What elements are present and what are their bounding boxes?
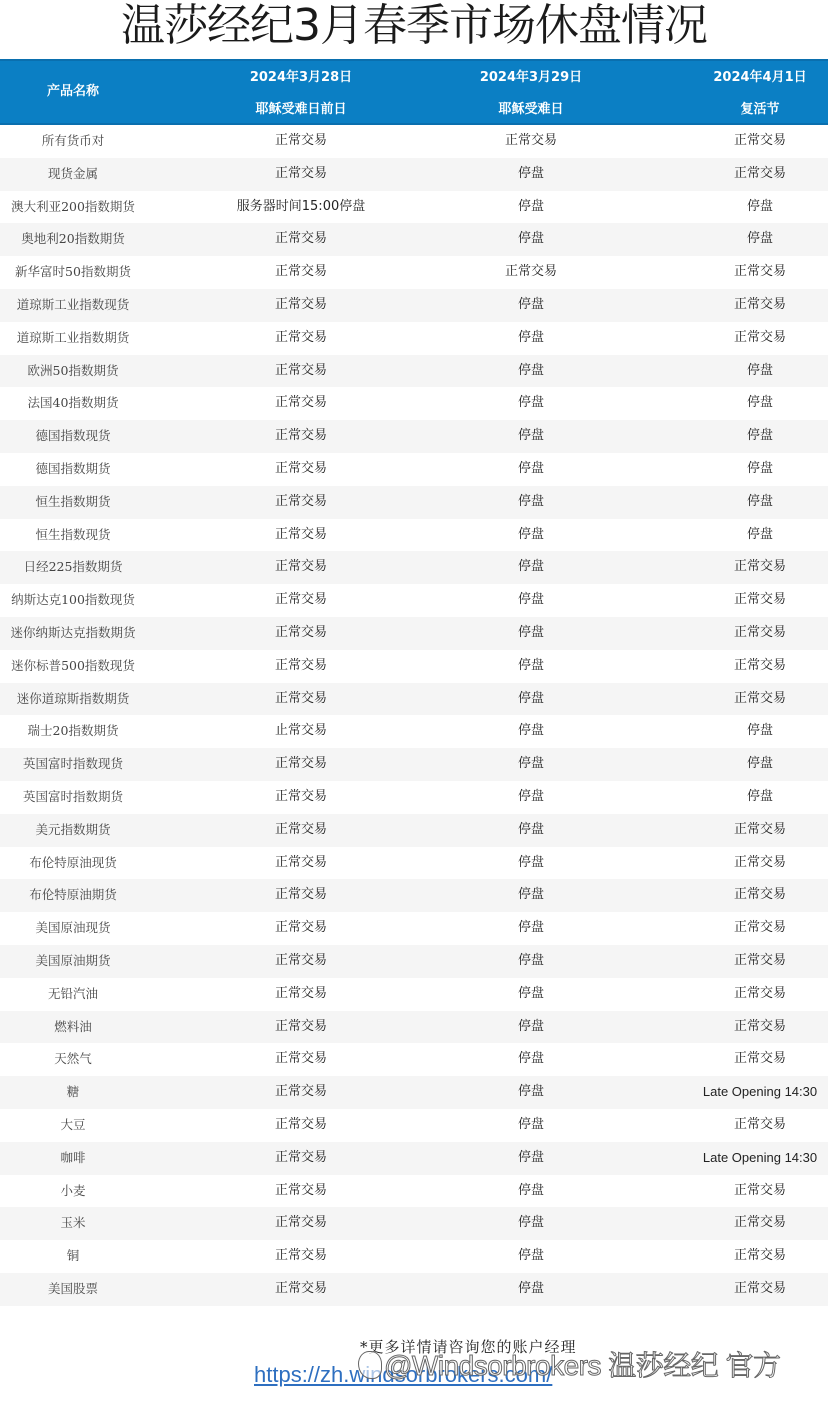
status-apr1: 正常交易 [692,256,828,289]
status-mar28: 正常交易 [176,1273,426,1306]
status-mar29: 停盘 [406,355,656,388]
status-mar29: 停盘 [406,1175,656,1208]
status-apr1: 正常交易 [692,1043,828,1076]
status-apr1: 停盘 [692,453,828,486]
status-mar29: 停盘 [406,1240,656,1273]
status-mar28: 正常交易 [176,1240,426,1273]
table-row: 德国指数现货正常交易停盘停盘 [0,420,828,453]
table-row: 美元指数期货正常交易停盘正常交易 [0,814,828,847]
status-mar29: 正常交易 [406,256,656,289]
status-apr1: 停盘 [692,781,828,814]
status-mar28: 正常交易 [176,223,426,256]
column-holiday: 耶稣受难日 [406,101,656,119]
status-apr1: 正常交易 [692,879,828,912]
product-name: 德国指数现货 [0,420,146,453]
status-apr1: 停盘 [692,420,828,453]
status-mar29: 停盘 [406,945,656,978]
table-row: 法国40指数期货正常交易停盘停盘 [0,387,828,420]
status-apr1: 停盘 [692,223,828,256]
table-row: 天然气正常交易停盘正常交易 [0,1043,828,1076]
product-name: 迷你道琼斯指数期货 [0,683,146,716]
watermark-text: @Windsorbrokers 温莎经纪 官方 [384,1350,781,1381]
status-mar28: 正常交易 [176,781,426,814]
status-apr1: 正常交易 [692,945,828,978]
status-mar29: 停盘 [406,814,656,847]
watermark: @Windsorbrokers 温莎经纪 官方 [358,1344,781,1384]
status-mar29: 停盘 [406,486,656,519]
table-row: 纳斯达克100指数现货正常交易停盘正常交易 [0,584,828,617]
status-apr1: 正常交易 [692,847,828,880]
table-body: 所有货币对正常交易正常交易正常交易现货金属正常交易停盘正常交易澳大利亚200指数… [0,125,828,1306]
table-row: 日经225指数期货正常交易停盘正常交易 [0,551,828,584]
table-row: 迷你纳斯达克指数期货正常交易停盘正常交易 [0,617,828,650]
status-apr1: 停盘 [692,715,828,748]
status-mar29: 停盘 [406,617,656,650]
status-mar28: 正常交易 [176,125,426,158]
status-mar28: 正常交易 [176,584,426,617]
product-name: 迷你纳斯达克指数期货 [0,617,146,650]
status-apr1: 停盘 [692,486,828,519]
table-row: 布伦特原油现货正常交易停盘正常交易 [0,847,828,880]
table-row: 美国原油现货正常交易停盘正常交易 [0,912,828,945]
product-name: 道琼斯工业指数期货 [0,322,146,355]
status-mar28: 正常交易 [176,486,426,519]
status-mar29: 停盘 [406,1076,656,1109]
column-holiday: 复活节 [692,101,828,119]
column-header-mar29: 2024年3月29日 耶稣受难日 [406,61,656,123]
table-row: 小麦正常交易停盘正常交易 [0,1175,828,1208]
status-mar28: 正常交易 [176,1207,426,1240]
status-mar28: 正常交易 [176,1043,426,1076]
status-apr1: 正常交易 [692,650,828,683]
product-name: 瑞士20指数期货 [0,715,146,748]
status-apr1: 正常交易 [692,1207,828,1240]
status-apr1: 正常交易 [692,1240,828,1273]
product-name: 现货金属 [0,158,146,191]
table-row: 咖啡正常交易停盘Late Opening 14:30 [0,1142,828,1175]
table-row: 美国股票正常交易停盘正常交易 [0,1273,828,1306]
product-name: 纳斯达克100指数现货 [0,584,146,617]
status-apr1: 正常交易 [692,584,828,617]
status-apr1: 停盘 [692,387,828,420]
status-mar28: 正常交易 [176,1076,426,1109]
product-name: 布伦特原油现货 [0,847,146,880]
table-row: 欧洲50指数期货正常交易停盘停盘 [0,355,828,388]
product-name: 糖 [0,1076,146,1109]
status-mar28: 正常交易 [176,453,426,486]
status-apr1: 正常交易 [692,912,828,945]
status-mar28: 正常交易 [176,683,426,716]
table-row: 迷你道琼斯指数期货正常交易停盘正常交易 [0,683,828,716]
status-mar29: 停盘 [406,1207,656,1240]
status-mar29: 停盘 [406,1043,656,1076]
status-mar28: 正常交易 [176,158,426,191]
status-apr1: 正常交易 [692,617,828,650]
status-mar28: 正常交易 [176,256,426,289]
status-apr1: 正常交易 [692,551,828,584]
table-row: 无铅汽油正常交易停盘正常交易 [0,978,828,1011]
status-mar29: 停盘 [406,191,656,224]
status-apr1: 正常交易 [692,978,828,1011]
table-row: 道琼斯工业指数期货正常交易停盘正常交易 [0,322,828,355]
product-name: 美国原油现货 [0,912,146,945]
status-mar29: 停盘 [406,1109,656,1142]
status-mar29: 停盘 [406,748,656,781]
table-row: 大豆正常交易停盘正常交易 [0,1109,828,1142]
status-mar29: 停盘 [406,978,656,1011]
status-mar29: 停盘 [406,650,656,683]
table-row: 英国富时指数现货正常交易停盘停盘 [0,748,828,781]
status-apr1: 正常交易 [692,1011,828,1044]
product-name: 天然气 [0,1043,146,1076]
status-mar28: 正常交易 [176,1142,426,1175]
status-apr1: 正常交易 [692,1109,828,1142]
status-mar28: 正常交易 [176,617,426,650]
table-row: 澳大利亚200指数期货服务器时间15:00停盘停盘停盘 [0,191,828,224]
status-mar29: 停盘 [406,847,656,880]
product-name: 大豆 [0,1109,146,1142]
page-title: 温莎经纪3月春季市场休盘情况 [0,0,828,56]
product-name: 奥地利20指数期货 [0,223,146,256]
status-mar29: 停盘 [406,519,656,552]
product-name: 英国富时指数期货 [0,781,146,814]
status-mar29: 停盘 [406,551,656,584]
table-row: 恒生指数期货正常交易停盘停盘 [0,486,828,519]
status-mar28: 正常交易 [176,289,426,322]
status-mar29: 停盘 [406,1273,656,1306]
product-name: 美元指数期货 [0,814,146,847]
product-name: 澳大利亚200指数期货 [0,191,146,224]
product-name: 恒生指数期货 [0,486,146,519]
status-apr1: 正常交易 [692,814,828,847]
product-name: 新华富时50指数期货 [0,256,146,289]
product-name: 迷你标普500指数现货 [0,650,146,683]
status-apr1: 正常交易 [692,1175,828,1208]
status-mar28: 正常交易 [176,387,426,420]
product-name: 咖啡 [0,1142,146,1175]
product-name: 布伦特原油期货 [0,879,146,912]
table-row: 瑞士20指数期货止常交易停盘停盘 [0,715,828,748]
status-mar29: 停盘 [406,715,656,748]
status-mar28: 正常交易 [176,912,426,945]
status-mar28: 正常交易 [176,322,426,355]
status-apr1: 停盘 [692,748,828,781]
status-mar28: 正常交易 [176,355,426,388]
status-mar29: 停盘 [406,387,656,420]
table-row: 布伦特原油期货正常交易停盘正常交易 [0,879,828,912]
status-mar29: 停盘 [406,420,656,453]
product-name: 所有货币对 [0,125,146,158]
table-row: 新华富时50指数期货正常交易正常交易正常交易 [0,256,828,289]
table-row: 糖正常交易停盘Late Opening 14:30 [0,1076,828,1109]
status-apr1: 正常交易 [692,289,828,322]
status-mar29: 停盘 [406,912,656,945]
status-mar29: 停盘 [406,158,656,191]
status-apr1: 正常交易 [692,158,828,191]
column-header-mar28: 2024年3月28日 耶稣受难日前日 [176,61,426,123]
product-name: 欧洲50指数期货 [0,355,146,388]
status-mar28: 正常交易 [176,945,426,978]
product-name: 道琼斯工业指数现货 [0,289,146,322]
table-row: 迷你标普500指数现货正常交易停盘正常交易 [0,650,828,683]
status-mar28: 正常交易 [176,748,426,781]
status-mar29: 停盘 [406,289,656,322]
status-mar29: 停盘 [406,781,656,814]
table-row: 英国富时指数期货正常交易停盘停盘 [0,781,828,814]
table-row: 燃料油正常交易停盘正常交易 [0,1011,828,1044]
status-mar28: 正常交易 [176,650,426,683]
table-row: 道琼斯工业指数现货正常交易停盘正常交易 [0,289,828,322]
column-header-product: 产品名称 [0,61,146,123]
table-header: 产品名称 2024年3月28日 耶稣受难日前日 2024年3月29日 耶稣受难日… [0,59,828,125]
table-row: 美国原油期货正常交易停盘正常交易 [0,945,828,978]
product-name: 铜 [0,1240,146,1273]
status-mar28: 正常交易 [176,1109,426,1142]
status-apr1: Late Opening 14:30 [692,1142,828,1175]
status-apr1: 停盘 [692,519,828,552]
status-apr1: 正常交易 [692,1273,828,1306]
product-name: 德国指数期货 [0,453,146,486]
status-mar29: 停盘 [406,223,656,256]
status-mar29: 停盘 [406,453,656,486]
status-apr1: 停盘 [692,355,828,388]
table-row: 德国指数期货正常交易停盘停盘 [0,453,828,486]
column-date: 2024年3月28日 [176,69,426,87]
table-row: 所有货币对正常交易正常交易正常交易 [0,125,828,158]
status-mar29: 停盘 [406,1142,656,1175]
product-name: 小麦 [0,1175,146,1208]
product-name: 美国原油期货 [0,945,146,978]
column-holiday: 耶稣受难日前日 [176,101,426,119]
table-row: 玉米正常交易停盘正常交易 [0,1207,828,1240]
status-mar29: 停盘 [406,1011,656,1044]
table-row: 铜正常交易停盘正常交易 [0,1240,828,1273]
status-apr1: 停盘 [692,191,828,224]
status-apr1: 正常交易 [692,125,828,158]
table-row: 奥地利20指数期货正常交易停盘停盘 [0,223,828,256]
status-mar28: 正常交易 [176,519,426,552]
product-name: 法国40指数期货 [0,387,146,420]
table-row: 恒生指数现货正常交易停盘停盘 [0,519,828,552]
status-mar29: 正常交易 [406,125,656,158]
status-apr1: 正常交易 [692,683,828,716]
status-mar29: 停盘 [406,322,656,355]
product-name: 恒生指数现货 [0,519,146,552]
status-mar28: 正常交易 [176,978,426,1011]
product-name: 无铅汽油 [0,978,146,1011]
weibo-logo-icon [358,1351,382,1379]
status-mar28: 止常交易 [176,715,426,748]
status-apr1: Late Opening 14:30 [692,1076,828,1109]
status-mar28: 正常交易 [176,551,426,584]
column-date: 2024年3月29日 [406,69,656,87]
status-mar28: 正常交易 [176,1175,426,1208]
status-mar28: 正常交易 [176,879,426,912]
product-name: 燃料油 [0,1011,146,1044]
table-row: 现货金属正常交易停盘正常交易 [0,158,828,191]
column-date: 2024年4月1日 [692,69,828,87]
status-mar29: 停盘 [406,683,656,716]
status-mar28: 正常交易 [176,814,426,847]
status-mar28: 正常交易 [176,1011,426,1044]
status-apr1: 正常交易 [692,322,828,355]
status-mar29: 停盘 [406,584,656,617]
column-header-apr1: 2024年4月1日 复活节 [692,61,828,123]
status-mar28: 正常交易 [176,847,426,880]
product-name: 英国富时指数现货 [0,748,146,781]
product-name: 日经225指数期货 [0,551,146,584]
product-name: 美国股票 [0,1273,146,1306]
status-mar28: 服务器时间15:00停盘 [176,191,426,224]
status-mar28: 正常交易 [176,420,426,453]
status-mar29: 停盘 [406,879,656,912]
product-name: 玉米 [0,1207,146,1240]
